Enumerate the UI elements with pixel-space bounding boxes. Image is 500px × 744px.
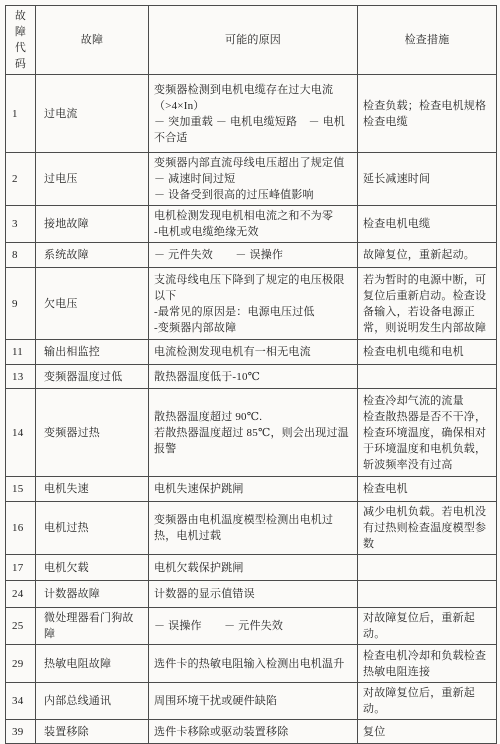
fault-code-cell: 29	[6, 645, 36, 661]
fault-code-cell: 25	[6, 608, 36, 645]
cause-cell: 电机失速保护跳闸	[149, 477, 358, 502]
action-cell: 故障复位，重新起动。	[358, 243, 497, 268]
action-cell: 检查负载；检查电机规格检查电缆	[358, 75, 497, 153]
action-cell: 检查电机	[358, 477, 497, 502]
table-row: 3 接地故障 电机检测发现电机相电流之和不为零 -电机或电缆绝缘无效 检查电机电…	[6, 206, 497, 243]
cause-cell: 电机欠载保护跳闸	[149, 555, 358, 581]
table-header-row: 故障 代码 故障 可能的原因 检查措施	[6, 6, 497, 75]
fault-code-cell: 14	[6, 389, 36, 477]
table-row: 17 电机欠载 电机欠载保护跳闸	[6, 555, 497, 581]
fault-name-cell: 过电压	[36, 153, 149, 206]
cause-cell: 变频器内部直流母线电压超出了规定值 － 减速时间过短 － 设备受到很高的过压峰值…	[149, 153, 358, 206]
table-row: 11 输出相监控 电流检测发现电机有一相无电流 检查电机电缆和电机	[6, 340, 497, 365]
table-row: 9 欠电压 支流母线电压下降到了规定的电压极限以下 -最常见的原因是：电源电压过…	[6, 268, 497, 340]
fault-name-cell: 计数器故障	[36, 581, 149, 608]
table-row: 24 计数器故障 计数器的显示值错误	[6, 581, 497, 608]
cause-cell: 电流检测发现电机有一相无电流	[149, 340, 358, 365]
action-cell	[358, 581, 497, 608]
cause-cell: 电机检测发现电机相电流之和不为零 -电机或电缆绝缘无效	[149, 206, 358, 243]
fault-name-cell: 过电流	[36, 75, 149, 153]
table-row: 13 变频器温度过低 散热器温度低于-10℃	[6, 365, 497, 389]
action-cell: 检查电机电缆和电机	[358, 340, 497, 365]
cause-cell: 散热器温度低于-10℃	[149, 365, 358, 389]
fault-name-cell: 接地故障	[36, 206, 149, 243]
table-row: 15 电机失速 电机失速保护跳闸 检查电机	[6, 477, 497, 502]
table-row: 16 电机过热 变频器由电机温度模型检测出电机过热，电机过载 减少电机负载。若电…	[6, 502, 497, 555]
fault-code-cell: 2	[6, 153, 36, 206]
fault-code-cell: 17	[6, 555, 36, 581]
fault-name-cell: 变频器过热	[36, 389, 149, 477]
fault-name-cell: 热敏电阻故障	[36, 645, 149, 661]
col-header-fault: 故障	[36, 6, 149, 75]
cause-cell: － 元件失效 － 误操作	[149, 243, 358, 268]
fault-code-cell: 16	[6, 502, 36, 555]
cause-cell: 散热器温度超过 90℃. 若散热器温度超过 85℃，则会出现过温报警	[149, 389, 358, 477]
action-cell: 若为暂时的电源中断，可复位后重新启动。检查设备输入，若设备电源正常，则说明发生内…	[358, 268, 497, 340]
col-header-action: 检查措施	[358, 6, 497, 75]
action-cell: 检查电机电缆	[358, 206, 497, 243]
document-page: 故障 代码 故障 可能的原因 检查措施 1 过电流 变频器检测到电机电缆存在过大…	[5, 5, 497, 660]
fault-name-cell: 电机过热	[36, 502, 149, 555]
action-cell	[358, 555, 497, 581]
action-cell: 对故障复位后，重新起动。	[358, 608, 497, 645]
cause-cell: 选件卡的热敏电阻输入检测出电机温升	[149, 645, 358, 661]
cause-cell: 变频器由电机温度模型检测出电机过热，电机过载	[149, 502, 358, 555]
fault-code-cell: 11	[6, 340, 36, 365]
cause-cell: 支流母线电压下降到了规定的电压极限以下 -最常见的原因是：电源电压过低 -变频器…	[149, 268, 358, 340]
action-cell: 减少电机负载。若电机没有过热则检查温度模型参数	[358, 502, 497, 555]
fault-code-cell: 3	[6, 206, 36, 243]
action-cell: 检查电机冷却和负载检查热敏电阻连接	[358, 645, 497, 661]
table-row: 29 热敏电阻故障 选件卡的热敏电阻输入检测出电机温升 检查电机冷却和负载检查热…	[6, 645, 497, 661]
cause-cell: 计数器的显示值错误	[149, 581, 358, 608]
table-row: 1 过电流 变频器检测到电机电缆存在过大电流（>4×In） － 突加重载 － 电…	[6, 75, 497, 153]
fault-code-table: 故障 代码 故障 可能的原因 检查措施 1 过电流 变频器检测到电机电缆存在过大…	[5, 5, 497, 660]
fault-name-cell: 电机失速	[36, 477, 149, 502]
table-row: 2 过电压 变频器内部直流母线电压超出了规定值 － 减速时间过短 － 设备受到很…	[6, 153, 497, 206]
fault-name-cell: 电机欠载	[36, 555, 149, 581]
table-row: 25 微处理器看门狗故障 － 误操作 － 元件失效 对故障复位后，重新起动。	[6, 608, 497, 645]
col-header-fault-code: 故障 代码	[6, 6, 36, 75]
fault-name-cell: 微处理器看门狗故障	[36, 608, 149, 645]
cause-cell: 变频器检测到电机电缆存在过大电流（>4×In） － 突加重载 － 电机电缆短路 …	[149, 75, 358, 153]
table-row: 14 变频器过热 散热器温度超过 90℃. 若散热器温度超过 85℃，则会出现过…	[6, 389, 497, 477]
fault-name-cell: 输出相监控	[36, 340, 149, 365]
fault-code-cell: 9	[6, 268, 36, 340]
col-header-cause: 可能的原因	[149, 6, 358, 75]
fault-name-cell: 变频器温度过低	[36, 365, 149, 389]
fault-code-cell: 24	[6, 581, 36, 608]
fault-code-cell: 13	[6, 365, 36, 389]
fault-code-cell: 15	[6, 477, 36, 502]
fault-code-cell: 8	[6, 243, 36, 268]
action-cell: 延长减速时间	[358, 153, 497, 206]
table-row: 8 系统故障 － 元件失效 － 误操作 故障复位，重新起动。	[6, 243, 497, 268]
action-cell: 检查冷却气流的流量 检查散热器是否不干净，检查环境温度，确保相对于环境温度和电机…	[358, 389, 497, 477]
fault-code-cell: 1	[6, 75, 36, 153]
cause-cell: － 误操作 － 元件失效	[149, 608, 358, 645]
fault-name-cell: 系统故障	[36, 243, 149, 268]
action-cell	[358, 365, 497, 389]
fault-name-cell: 欠电压	[36, 268, 149, 340]
